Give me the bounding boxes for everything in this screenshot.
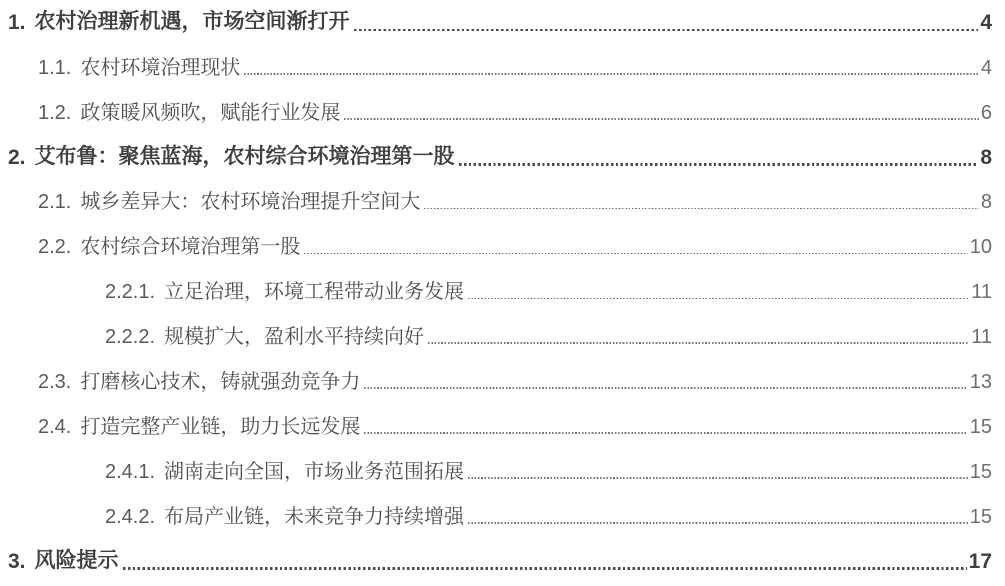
toc-entry-page: 11 bbox=[971, 281, 992, 304]
toc-entry-number: 1. bbox=[8, 11, 26, 35]
toc-entry[interactable]: 2.3. 打磨核心技术，铸就强劲竞争力 13 bbox=[8, 360, 992, 405]
toc-entry[interactable]: 2.2.1. 立足治理，环境工程带动业务发展 11 bbox=[8, 270, 992, 315]
dot-leader bbox=[354, 29, 979, 31]
toc-entry[interactable]: 1.1. 农村环境治理现状 4 bbox=[8, 46, 992, 91]
toc-entry-title: 规模扩大，盈利水平持续向好 bbox=[164, 320, 424, 349]
dot-leader bbox=[468, 298, 969, 300]
toc-entry[interactable]: 2.4.2. 布局产业链，未来竞争力持续增强 15 bbox=[8, 495, 992, 540]
toc-entry-page: 6 bbox=[981, 102, 992, 125]
toc-entry-number: 2. bbox=[8, 146, 26, 170]
toc-entry-title: 农村综合环境治理第一股 bbox=[80, 230, 300, 259]
toc-entry-page: 4 bbox=[981, 57, 992, 80]
toc-entry[interactable]: 2.2. 农村综合环境治理第一股 10 bbox=[8, 225, 992, 270]
toc-entry-number: 1.2. bbox=[38, 102, 71, 125]
dot-leader bbox=[468, 522, 968, 524]
table-of-contents: 1. 农村治理新机遇，市场空间渐打开 4 1.1. 农村环境治理现状 4 1.2… bbox=[0, 0, 1005, 585]
toc-entry-number: 1.1. bbox=[38, 57, 71, 80]
toc-entry-number: 2.2.1. bbox=[105, 281, 155, 304]
toc-entry-page: 8 bbox=[980, 146, 992, 170]
toc-entry[interactable]: 2.4. 打造完整产业链，助力长远发展 15 bbox=[8, 405, 992, 450]
dot-leader bbox=[364, 387, 967, 389]
toc-entry-title: 艾布鲁：聚焦蓝海，农村综合环境治理第一股 bbox=[35, 140, 455, 170]
toc-entry[interactable]: 3. 风险提示 17 bbox=[8, 540, 992, 585]
toc-entry[interactable]: 2. 艾布鲁：聚焦蓝海，农村综合环境治理第一股 8 bbox=[8, 136, 992, 181]
toc-entry-number: 2.2.2. bbox=[105, 326, 155, 349]
toc-entry-page: 13 bbox=[970, 371, 992, 394]
toc-entry-number: 2.4.2. bbox=[105, 506, 155, 529]
dot-leader bbox=[123, 567, 967, 569]
toc-entry[interactable]: 1.2. 政策暖风频吹，赋能行业发展 6 bbox=[8, 91, 992, 136]
toc-entry-page: 15 bbox=[970, 461, 992, 484]
dot-leader bbox=[468, 477, 968, 479]
toc-entry-page: 8 bbox=[981, 191, 992, 214]
dot-leader bbox=[244, 73, 979, 75]
toc-entry-number: 2.4.1. bbox=[105, 461, 155, 484]
toc-entry-page: 10 bbox=[970, 236, 992, 259]
toc-entry-number: 3. bbox=[8, 550, 26, 574]
toc-entry-title: 湖南走向全国，市场业务范围拓展 bbox=[164, 455, 464, 484]
toc-entry-title: 农村治理新机遇，市场空间渐打开 bbox=[35, 5, 350, 35]
toc-entry-number: 2.3. bbox=[38, 371, 71, 394]
toc-entry-page: 15 bbox=[970, 506, 992, 529]
dot-leader bbox=[344, 118, 979, 120]
toc-entry-title: 农村环境治理现状 bbox=[80, 51, 240, 80]
toc-entry-title: 城乡差异大：农村环境治理提升空间大 bbox=[80, 185, 420, 214]
toc-entry-title: 风险提示 bbox=[35, 544, 119, 574]
toc-entry-number: 2.2. bbox=[38, 236, 71, 259]
toc-entry-page: 11 bbox=[971, 326, 992, 349]
toc-entry-title: 打造完整产业链，助力长远发展 bbox=[80, 410, 360, 439]
toc-entry-title: 政策暖风频吹，赋能行业发展 bbox=[80, 96, 340, 125]
dot-leader bbox=[459, 163, 979, 165]
toc-entry[interactable]: 1. 农村治理新机遇，市场空间渐打开 4 bbox=[8, 1, 992, 46]
toc-entry[interactable]: 2.4.1. 湖南走向全国，市场业务范围拓展 15 bbox=[8, 450, 992, 495]
dot-leader bbox=[424, 208, 979, 210]
dot-leader bbox=[364, 432, 967, 434]
toc-entry-title: 布局产业链，未来竞争力持续增强 bbox=[164, 500, 464, 529]
toc-entry-number: 2.1. bbox=[38, 191, 71, 214]
toc-entry-page: 4 bbox=[980, 11, 992, 35]
toc-entry-title: 打磨核心技术，铸就强劲竞争力 bbox=[80, 365, 360, 394]
toc-entry-title: 立足治理，环境工程带动业务发展 bbox=[164, 275, 464, 304]
toc-entry-number: 2.4. bbox=[38, 416, 71, 439]
dot-leader bbox=[304, 253, 967, 255]
toc-entry[interactable]: 2.1. 城乡差异大：农村环境治理提升空间大 8 bbox=[8, 181, 992, 226]
toc-entry-page: 17 bbox=[969, 550, 992, 574]
toc-entry-page: 15 bbox=[970, 416, 992, 439]
toc-entry[interactable]: 2.2.2. 规模扩大，盈利水平持续向好 11 bbox=[8, 315, 992, 360]
dot-leader bbox=[428, 342, 969, 344]
